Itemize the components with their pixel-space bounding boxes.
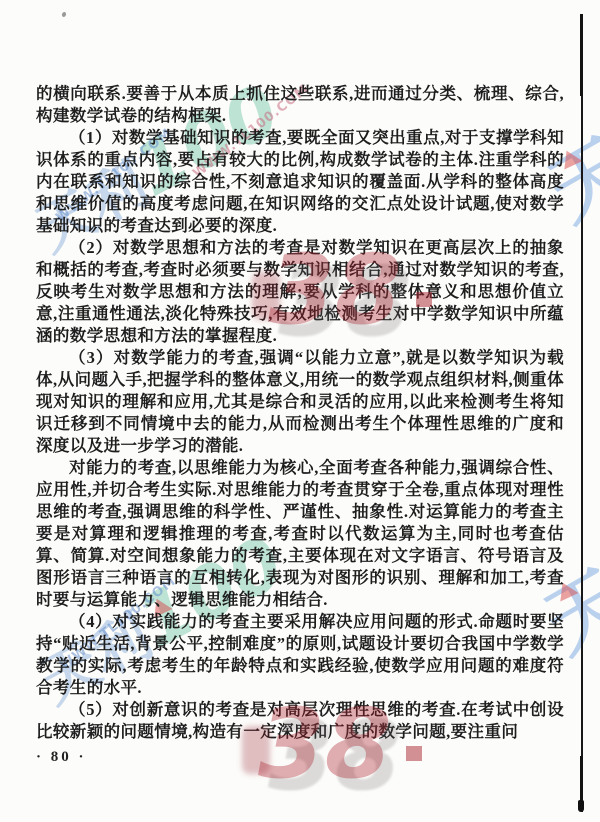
- paragraph-ability: 对能力的考查,以思维能力为核心,全面考查各种能力,强调综合性、应用性,并切合考生…: [36, 457, 564, 611]
- scanned-document-page: 天利100 WWW.TL100.COM WWW.TL100.COM 天利100 …: [0, 0, 600, 822]
- scan-edge-line-thick-top: [580, 14, 583, 96]
- scan-edge-line: [581, 14, 583, 812]
- paragraph-item-4: （4）对实践能力的考查主要采用解决应用问题的形式.命题时要坚持“贴近生活,背景公…: [36, 611, 564, 699]
- paragraph-item-2: （2）对数学思想和方法的考查是对数学知识在更高层次上的抽象和概括的考查,考查时必…: [36, 237, 564, 347]
- paragraph-item-3: （3）对数学能力的考查,强调“以能力立意”,就是以数学知识为载体,从问题入手,把…: [36, 347, 564, 457]
- paragraph-item-1: （1）对数学基础知识的考查,要既全面又突出重点,对于支撑学科知识体系的重点内容,…: [36, 127, 564, 237]
- scan-speck: [61, 11, 66, 17]
- body-text: 的横向联系.要善于从本质上抓住这些联系,进而通过分类、梳理、综合,构建数学试卷的…: [36, 83, 564, 768]
- paragraph-continuation: 的横向联系.要善于从本质上抓住这些联系,进而通过分类、梳理、综合,构建数学试卷的…: [36, 83, 564, 127]
- page-number: · 80 ·: [36, 746, 564, 768]
- paragraph-item-5: （5）对创新意识的考查是对高层次理性思维的考查.在考试中创设比较新颖的问题情境,…: [36, 699, 564, 743]
- scan-edge-line-tip: [578, 800, 584, 812]
- scan-edge-line-thick-bottom: [580, 756, 583, 806]
